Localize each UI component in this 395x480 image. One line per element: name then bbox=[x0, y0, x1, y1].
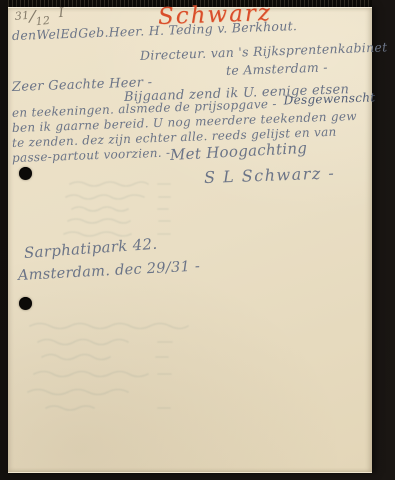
date-roman-numeral: I bbox=[58, 6, 65, 21]
pencil-date-annotation: 31/12I bbox=[14, 5, 66, 28]
punch-hole-top bbox=[19, 167, 32, 180]
signature: S L Schwarz - bbox=[204, 163, 336, 187]
recipient-line-3: te Amsterdam - bbox=[226, 59, 328, 78]
letter-paper: 31/12I Schwarz denWelEdGeb.Heer. H. Tedi… bbox=[8, 7, 372, 473]
address-line-1: Sarphatipark 42. bbox=[23, 235, 158, 262]
address-line-2: Amsterdam. dec 29/31 - bbox=[18, 258, 201, 284]
date-numerator: 31 bbox=[14, 9, 30, 23]
recipient-line-2: Directeur. van 's Rijksprentenkabinet bbox=[140, 39, 388, 63]
body-line-2-appended-word: Desgewenscht bbox=[283, 90, 375, 107]
punch-hole-bottom bbox=[19, 297, 32, 310]
letter-scan: 31/12I Schwarz denWelEdGeb.Heer. H. Tedi… bbox=[0, 0, 395, 480]
